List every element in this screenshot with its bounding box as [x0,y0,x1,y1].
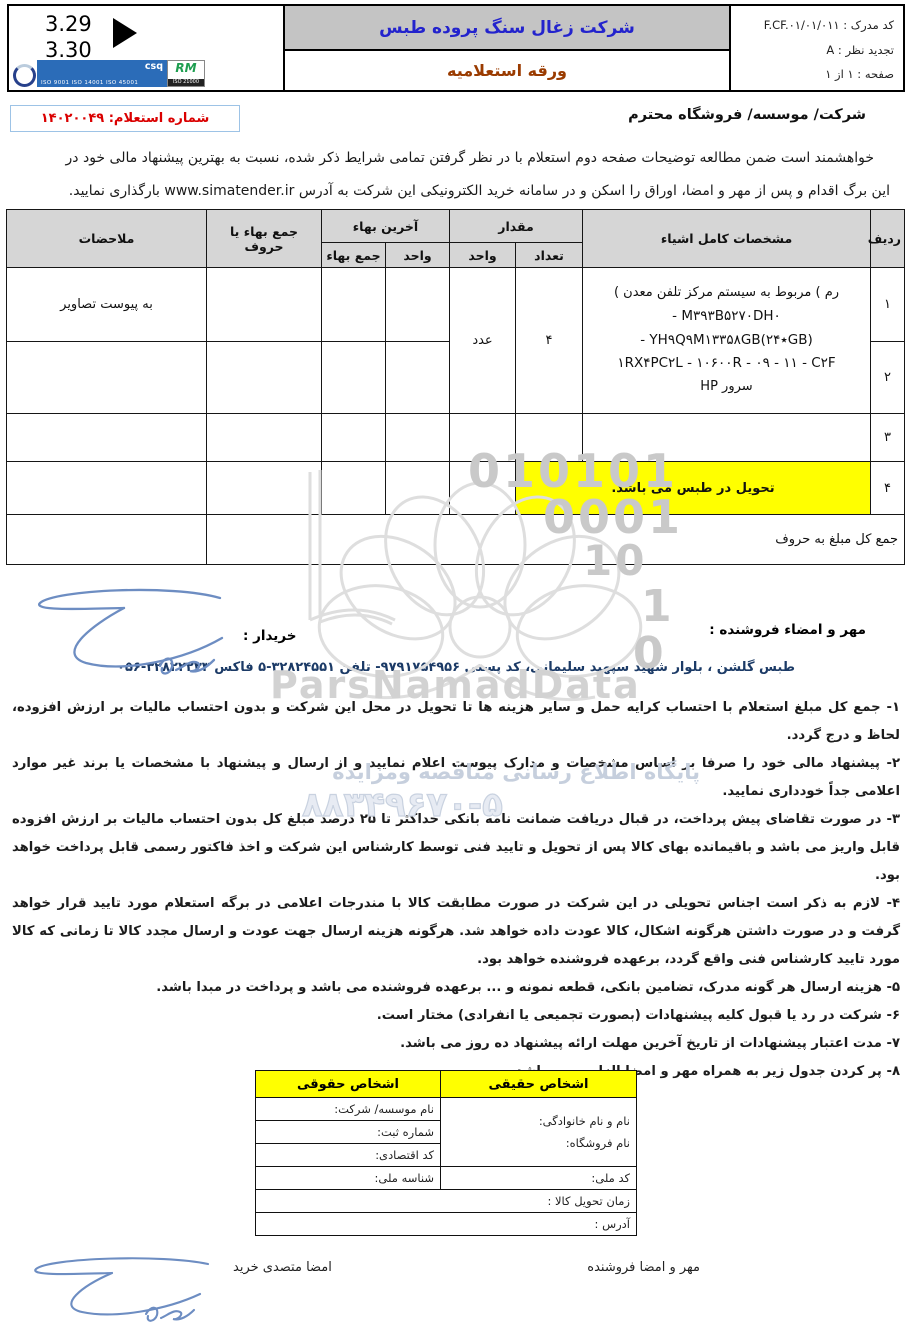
term-item-6: ۶- شرکت در رد یا قبول کلیه پیشنهادات (بص… [12,1002,900,1030]
unit-cell: عدد [450,268,516,414]
intro-paragraph: خواهشمند است ضمن مطالعه توضیحات صفحه دوم… [22,142,890,208]
inquiry-number: شماره استعلام: ۱۴۰۲۰۰۴۹ [41,111,210,126]
corner-numbers: 3.29 3.30 [45,11,92,63]
corner-number-1: 3.29 [45,11,92,37]
unit-price-cell-empty [386,342,450,414]
inquiry-number-box: شماره استعلام: ۱۴۰۲۰۰۴۹ [10,105,240,132]
inquiry-form-page: 010101 0001 10 1 0 ParsNamadData پایگاه … [0,0,912,1324]
total-price-cell-empty [322,414,386,462]
csq-logo: csq [41,62,163,72]
seller-seal-sign-label: مهر و امضا فروشنده [587,1260,700,1275]
economic-code-field-label: کد اقتصادی: [256,1144,441,1167]
col-header-last-price: آخرین بهاء [322,210,450,243]
unit-cell-empty [450,462,516,515]
col-header-quantity: مقدار [450,210,583,243]
table-row: کد ملی: شناسه ملی: [256,1167,637,1190]
spec-line: - M۳۹۳B۵۲۷۰DH۰ [586,305,867,329]
remark-cell-empty [7,414,207,462]
shop-name-field-label: نام فروشگاه: [447,1132,630,1154]
grand-total-words-label: جمع کل مبلغ به حروف [207,515,905,565]
items-table: ردیف مشخصات کامل اشیاء مقدار آخرین بهاء … [6,209,905,565]
arrow-icon [113,18,137,48]
term-item-1: ۱- جمع کل مبلغ استعلام با احتساب کرایه ح… [12,694,900,750]
intro-line-2: این برگ اقدام و پس از مهر و امضا، اوراق … [22,175,890,208]
term-item-5: ۵- هزینه ارسال هر گونه مدرک، تضامین بانک… [12,974,900,1002]
table-row: آدرس : [256,1213,637,1236]
doc-page-number: صفحه : ۱ از ۱ [740,62,894,87]
count-cell-empty [516,414,583,462]
row-number: ۲ [871,342,905,414]
col-header-row-no: ردیف [871,210,905,268]
table-row: زمان تحویل کالا : [256,1190,637,1213]
purchase-officer-sign-label: امضا متصدی خرید [233,1260,332,1275]
col-header-unit-price: واحد [386,243,450,268]
persons-table: اشخاص حقیقی اشخاص حقوقی نام و نام خانواد… [255,1070,637,1236]
table-row: ۱ رم ) مربوط به سیستم مرکز تلفن معدن ) -… [7,268,905,342]
total-price-cell-empty [322,462,386,515]
count-cell: ۴ [516,268,583,414]
row-number: ۳ [871,414,905,462]
officer-signature-handwriting [8,1252,243,1324]
spec-line: - YH۹Q۹M۱۳۳۵۸GB(۲٭۴GB) [586,329,867,353]
total-words-cell-empty [207,268,322,342]
watermark-digits: 1 [641,585,675,629]
spec-line: رم ) مربوط به سیستم مرکز تلفن معدن ) [586,282,867,305]
remark-cell: به پیوست تصاویر [7,268,207,342]
intro-line-1: خواهشمند است ضمن مطالعه توضیحات صفحه دوم… [22,142,890,175]
natural-persons-header: اشخاص حقیقی [441,1071,637,1098]
national-code-field-label: کد ملی: [441,1167,637,1190]
unit-price-cell-empty [386,268,450,342]
total-words-cell-empty [207,414,322,462]
company-name: شرکت زغال سنگ پروده طبس [285,6,729,51]
doc-info-box: کد مدرک : F.CF.۰۱/۰۱/۰۱۱ تجدید نظر : A ص… [729,4,905,92]
delivery-time-field-label: زمان تحویل کالا : [256,1190,637,1213]
salutation: شرکت/ موسسه/ فروشگاه محترم [628,107,866,123]
total-words-cell-empty [207,462,322,515]
header-title-block: شرکت زغال سنگ پروده طبس ورقه استعلامیه [285,4,729,92]
item-specs-cell: رم ) مربوط به سیستم مرکز تلفن معدن ) - M… [583,268,871,414]
row-number: ۴ [871,462,905,515]
legal-persons-header: اشخاص حقوقی [256,1071,441,1098]
document-header: کد مدرک : F.CF.۰۱/۰۱/۰۱۱ تجدید نظر : A ص… [7,4,905,92]
term-item-7: ۷- مدت اعتبار پیشنهادات از تاریخ آخرین م… [12,1030,900,1058]
total-price-cell-empty [322,342,386,414]
full-name-field-label: نام و نام خانوادگی: [447,1110,630,1132]
unit-cell-empty [450,414,516,462]
row-number: ۱ [871,268,905,342]
table-footer-row: جمع کل مبلغ به حروف [7,515,905,565]
col-header-total-price: جمع بهاء [322,243,386,268]
col-header-specs: مشخصات کامل اشیاء [583,210,871,268]
header-left-block: 3.29 3.30 csq ISO 9001 ISO 14001 ISO 450… [7,4,285,92]
table-row: نام و نام خانوادگی: نام فروشگاه: نام موس… [256,1098,637,1121]
remark-cell-empty [7,462,207,515]
doc-revision: تجدید نظر : A [740,38,894,63]
registration-no-field-label: شماره ثبت: [256,1121,441,1144]
rm-logo-text: RM [175,62,196,74]
cert-circle-icon [13,64,36,87]
unit-price-cell-empty [386,462,450,515]
seller-seal-label: مهر و امضاء فروشنده : [709,622,866,638]
iso-extra-label: ISO 21000 [168,79,204,86]
term-item-3: ۳- در صورت تقاضای پیش پرداخت، در قبال در… [12,806,900,890]
spec-line: ۱RX۴PC۲L - ۱۰۶۰۰R - ۰۹ - ۱۱ - C۲F [586,352,867,376]
doc-code: کد مدرک : F.CF.۰۱/۰۱/۰۱۱ [740,13,894,38]
table-row: ۳ [7,414,905,462]
total-price-cell-empty [322,268,386,342]
iso-labels: ISO 9001 ISO 14001 ISO 45001 [41,81,163,87]
total-words-cell-empty [207,342,322,414]
spec-line: سرور HP [586,376,867,399]
rm-logo: RM ISO 21000 [167,60,205,87]
col-header-remarks: ملاحضات [7,210,207,268]
unit-price-cell-empty [386,414,450,462]
buyer-label: خریدار : [243,628,297,644]
national-id-field-label: شناسه ملی: [256,1167,441,1190]
term-item-4: ۴- لازم به ذکر است اجناس تحویلی در این ش… [12,890,900,974]
grand-total-cell-empty [7,515,207,565]
col-header-count: تعداد [516,243,583,268]
table-row: ۴ تحویل در طبس می باشد. [7,462,905,515]
certification-logos: csq ISO 9001 ISO 14001 ISO 45001 RM ISO … [13,60,205,87]
terms-list: ۱- جمع کل مبلغ استعلام با احتساب کرایه ح… [12,694,900,1086]
col-header-unit: واحد [450,243,516,268]
delivery-note-cell: تحویل در طبس می باشد. [516,462,871,515]
company-name-field-label: نام موسسه/ شرکت: [256,1098,441,1121]
form-title: ورقه استعلامیه [285,51,729,90]
item-specs-cell-empty [583,414,871,462]
remark-cell-empty [7,342,207,414]
col-header-total-words: جمع بهاء یا حروف [207,210,322,268]
iso-band: csq ISO 9001 ISO 14001 ISO 45001 [37,60,167,87]
term-item-2: ۲- پیشنهاد مالی خود را صرفا بر اساس مشخص… [12,750,900,806]
address-field-label: آدرس : [256,1213,637,1236]
natural-person-fields: نام و نام خانوادگی: نام فروشگاه: [441,1098,637,1167]
seller-signature-handwriting [12,580,247,680]
